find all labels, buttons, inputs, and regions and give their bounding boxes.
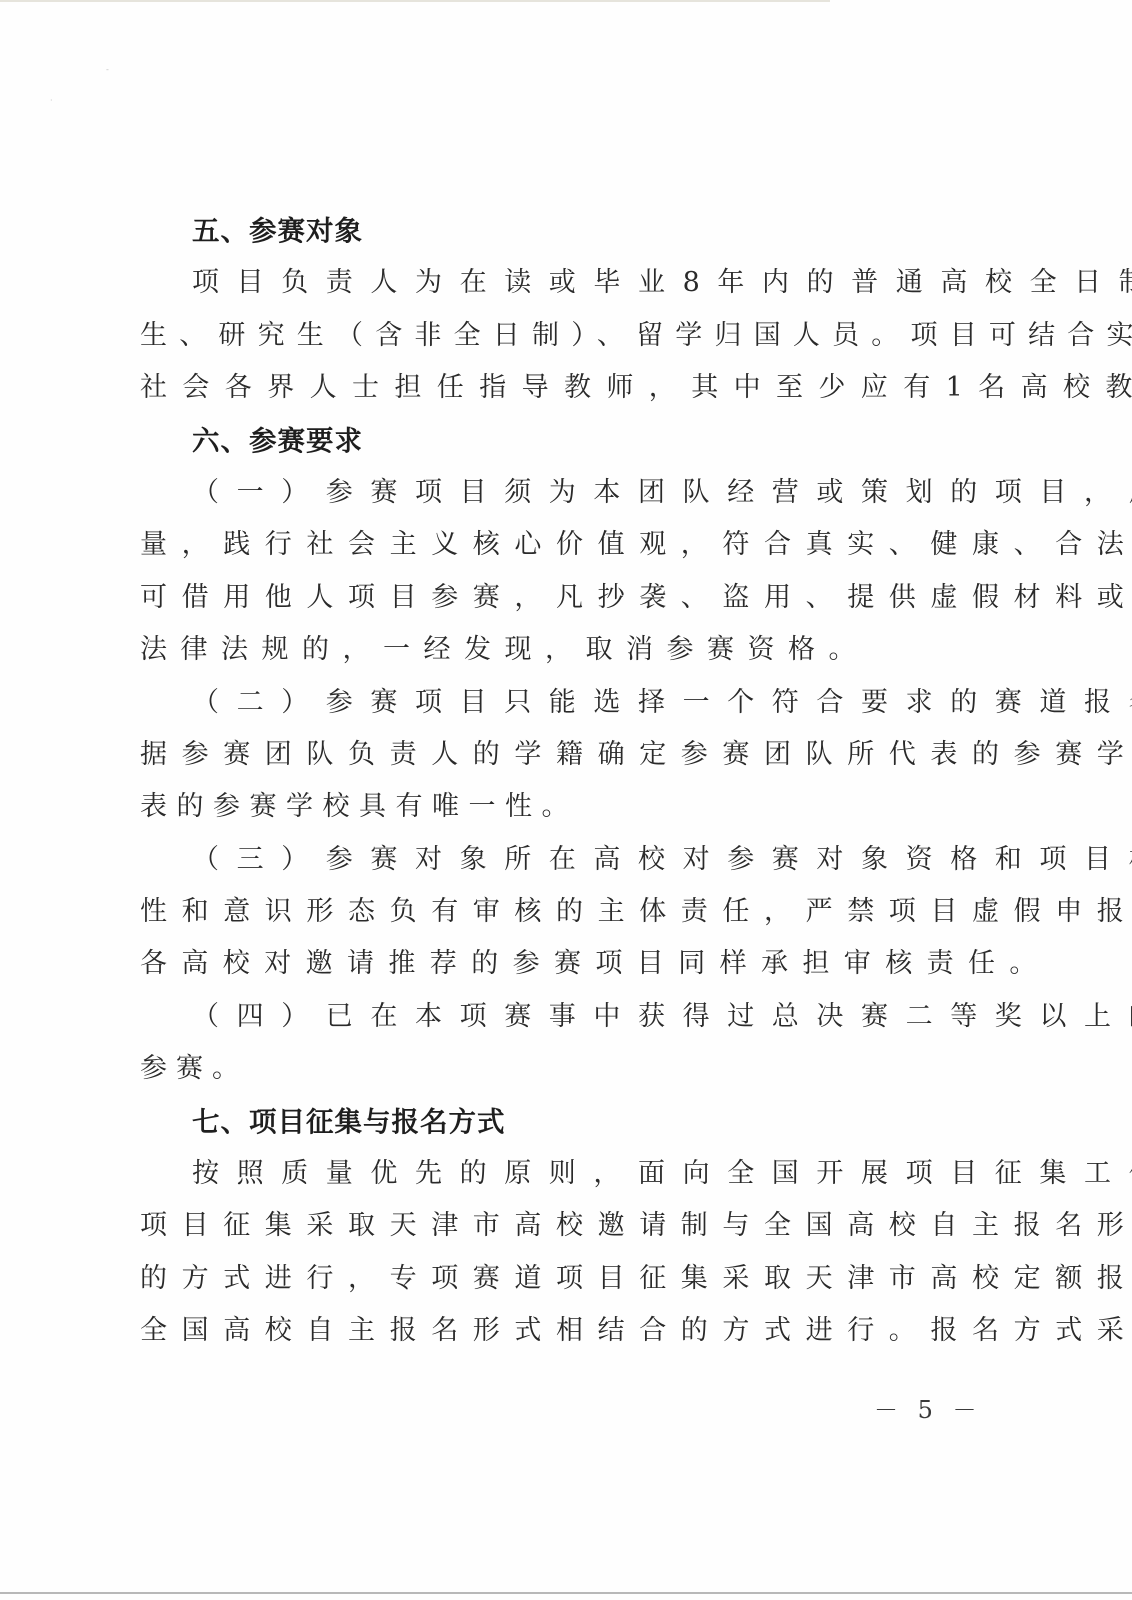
paragraph-line: 表的参赛学校具有唯一性。: [140, 781, 970, 833]
paragraph-line: 全国高校自主报名形式相结合的方式进行。报名方式采用线上形: [140, 1305, 970, 1357]
paragraph-line: 各高校对邀请推荐的参赛项目同样承担审核责任。: [140, 938, 970, 990]
section-heading: 六、参赛要求: [140, 415, 970, 467]
paragraph-line: 参赛。: [140, 1043, 970, 1095]
scan-bottom-edge: [0, 1592, 1132, 1594]
paragraph-line: 生、研究生（含非全日制）、留学归国人员。项目可结合实际聘请: [140, 310, 970, 362]
scan-top-edge: [0, 0, 830, 2]
paragraph-line: 按照质量优先的原则，面向全国开展项目征集工作。主赛道: [140, 1148, 970, 1200]
paragraph-line: （一）参赛项目须为本团队经营或策划的项目，应弘扬正能: [140, 467, 970, 519]
paragraph-line: 的方式进行，专项赛道项目征集采取天津市高校定额报名方式与: [140, 1253, 970, 1305]
scan-artifact: -: [106, 66, 109, 74]
paragraph-line: 项目负责人为在读或毕业8年内的普通高校全日制本专科学: [140, 257, 970, 309]
scan-artifact: ·: [50, 97, 53, 105]
section-heading: 五、参赛对象: [140, 205, 970, 257]
paragraph-line: 性和意识形态负有审核的主体责任，严禁项目虚假申报。天津市: [140, 886, 970, 938]
paragraph-line: 社会各界人士担任指导教师，其中至少应有1名高校教师。: [140, 362, 970, 414]
paragraph-line: 量，践行社会主义核心价值观，符合真实、健康、合法要求，不: [140, 519, 970, 571]
paragraph-line: 项目征集采取天津市高校邀请制与全国高校自主报名形式相结合: [140, 1200, 970, 1252]
paragraph-line: 法律法规的，一经发现，取消参赛资格。: [140, 624, 970, 676]
paragraph-line: （四）已在本项赛事中获得过总决赛二等奖以上的项目不再: [140, 991, 970, 1043]
paragraph-line: （三）参赛对象所在高校对参赛对象资格和项目材料的真实: [140, 834, 970, 886]
page-number: － 5 －: [874, 1390, 983, 1425]
section-heading: 七、项目征集与报名方式: [140, 1096, 970, 1148]
paragraph-line: 可借用他人项目参赛，凡抄袭、盗用、提供虚假材料或违反相关: [140, 572, 970, 624]
paragraph-line: 据参赛团队负责人的学籍确定参赛团队所代表的参赛学校，且代: [140, 729, 970, 781]
document-body: 五、参赛对象 项目负责人为在读或毕业8年内的普通高校全日制本专科学 生、研究生（…: [140, 205, 970, 1358]
paragraph-line: （二）参赛项目只能选择一个符合要求的赛道报名参赛，根: [140, 677, 970, 729]
